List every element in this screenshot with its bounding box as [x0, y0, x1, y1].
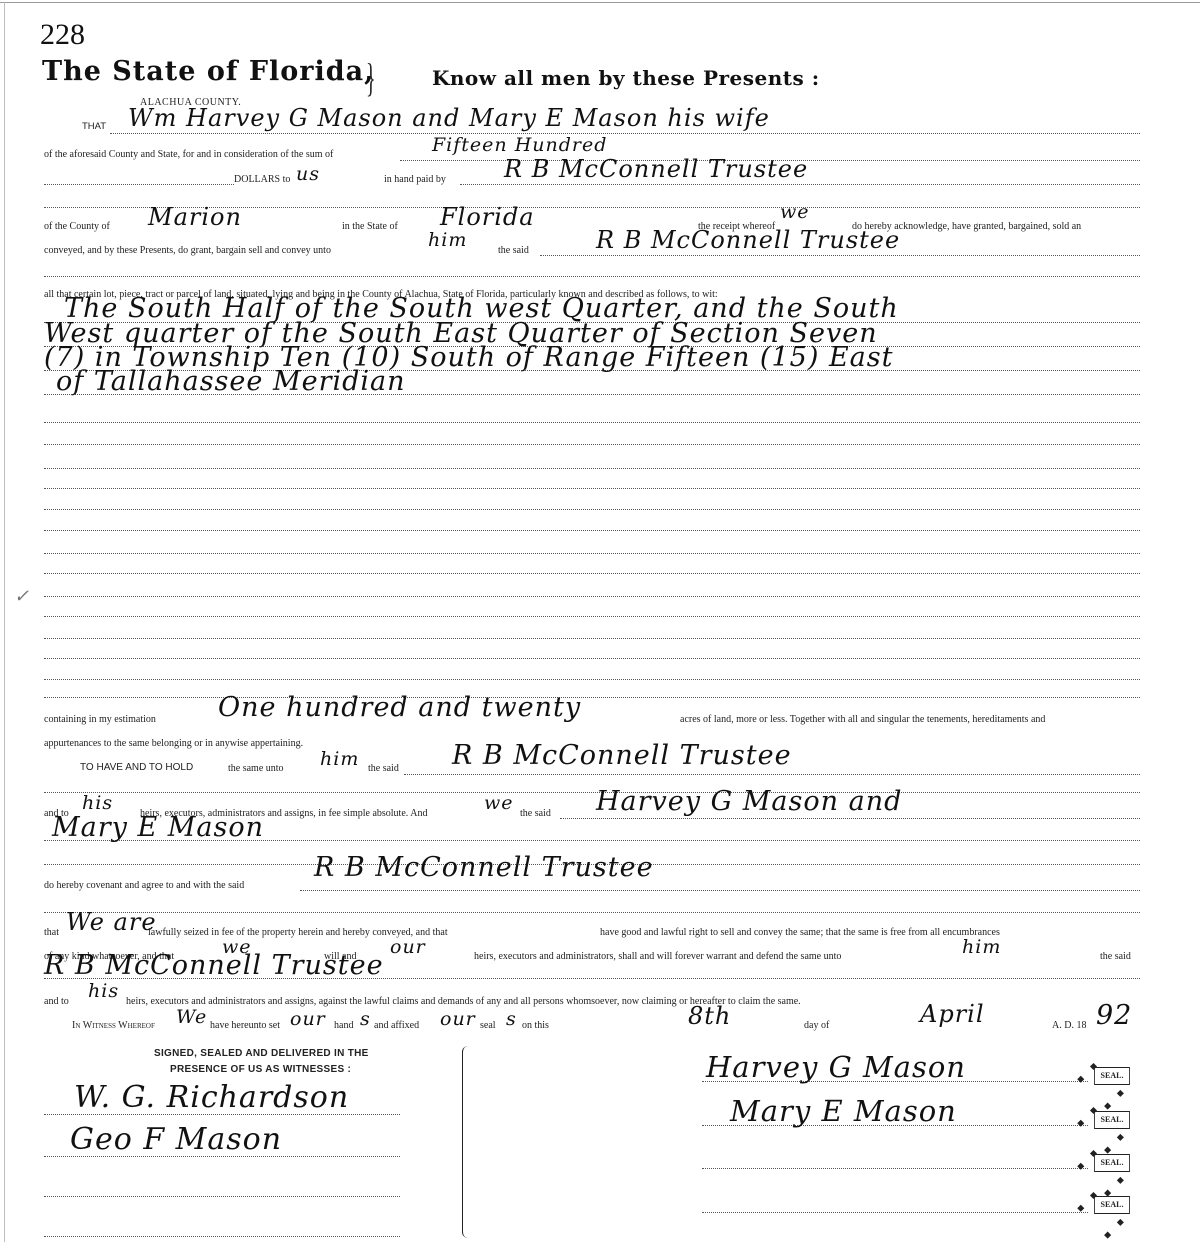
rule-line: [540, 255, 1140, 256]
handwritten-county: Marion: [148, 203, 242, 231]
rule-line: [44, 658, 1140, 659]
label-have-hereunto-set: have hereunto set: [210, 1020, 280, 1031]
label-appurtenances: appurtenances to the same belonging or i…: [44, 738, 303, 749]
handwritten-day: 8th: [688, 1002, 731, 1030]
label-covenant: do hereby covenant and agree to and with…: [44, 880, 244, 891]
handwritten-state: Florida: [440, 203, 535, 231]
rule-line: [44, 553, 1140, 554]
rule-line: [44, 276, 1140, 277]
handwritten-we-the-said-1: Harvey G Mason and: [596, 786, 902, 817]
handwritten-sum: Fifteen Hundred: [432, 134, 607, 156]
label-conveyed: conveyed, and by these Presents, do gran…: [44, 245, 331, 256]
witness-brace: [462, 1046, 473, 1238]
label-good-and-lawful: have good and lawful right to sell and c…: [600, 927, 1000, 938]
label-in-witness-whereof: In Witness Whereof: [72, 1020, 155, 1031]
rule-line: [110, 133, 1140, 134]
title-brace: }: [366, 54, 376, 101]
handwritten-paid-by: R B McConnell Trustee: [504, 155, 808, 183]
handwritten-the-said-final: R B McConnell Trustee: [44, 950, 384, 981]
grantor-signature-2: Mary E Mason: [730, 1094, 957, 1128]
witness-signature-2: Geo F Mason: [70, 1122, 282, 1157]
handwritten-hold-unto: him: [320, 748, 359, 770]
label-acres: acres of land, more or less. Together wi…: [680, 714, 1045, 725]
rule-line: [44, 573, 1140, 574]
rule-line: [44, 596, 1140, 597]
label-the-said-2: the said: [368, 763, 399, 774]
handwritten-receipt-we: we: [780, 201, 810, 223]
label-the-said-3: the said: [520, 808, 551, 819]
label-and-to-2: and to: [44, 996, 69, 1007]
title-state-of-florida: The State of Florida,: [42, 56, 375, 87]
rule-line: [44, 422, 1140, 423]
handwritten-dollars-to: us: [296, 163, 320, 185]
handwritten-grantors: Wm Harvey G Mason and Mary E Mason his w…: [128, 104, 770, 132]
label-on-this: on this: [522, 1020, 549, 1031]
rule-line: [404, 774, 1140, 775]
label-hand: hand: [334, 1020, 353, 1031]
rule-line: [44, 792, 1140, 793]
rule-line: [44, 468, 1140, 469]
rule-line: [44, 184, 234, 185]
seal-box-4: SEAL.: [1094, 1196, 1130, 1214]
rule-line: [44, 616, 1140, 617]
handwritten-month: April: [920, 1000, 985, 1028]
witness-heading-1: SIGNED, SEALED AND DELIVERED IN THE: [154, 1048, 369, 1059]
witness-heading-2: PRESENCE OF US AS WITNESSES :: [170, 1064, 351, 1075]
rule-line: [44, 912, 1140, 913]
rule-line: [560, 818, 1140, 819]
rule-line: [44, 697, 1140, 698]
handwritten-acres: One hundred and twenty: [218, 692, 581, 723]
rule-line: [44, 679, 1140, 680]
handwritten-that-we-are: We are: [66, 908, 157, 936]
grantor-signature-1: Harvey G Mason: [706, 1050, 966, 1084]
seal-box-3: SEAL.: [1094, 1154, 1130, 1172]
label-that: THAT: [82, 121, 106, 132]
label-in-hand-paid-by: in hand paid by: [384, 174, 446, 185]
label-county-of: of the County of: [44, 221, 110, 232]
handwritten-set-our: our: [290, 1008, 326, 1030]
label-that-2: that: [44, 927, 59, 938]
seal-box-2: SEAL.: [1094, 1111, 1130, 1129]
label-and-affixed: and affixed: [374, 1020, 419, 1031]
handwritten-affixed-our: our: [440, 1008, 476, 1030]
handwritten-seal-s: s: [506, 1008, 517, 1030]
label-seal: seal: [480, 1020, 496, 1031]
margin-check-mark: ✓: [14, 586, 29, 607]
witness-signature-1: W. G. Richardson: [74, 1080, 349, 1115]
handwritten-grantee: R B McConnell Trustee: [596, 226, 900, 254]
page-edge-left: [4, 2, 5, 1242]
rule-line: [44, 488, 1140, 489]
rule-line: [44, 509, 1140, 510]
handwritten-year: 92: [1096, 1000, 1132, 1031]
handwritten-witness-we: We: [176, 1006, 207, 1028]
label-the-said: the said: [498, 245, 529, 256]
rule-line: [300, 890, 1140, 891]
handwritten-and-we: we: [484, 792, 514, 814]
rule-line: [44, 638, 1140, 639]
witness-line: [44, 1196, 400, 1197]
handwritten-defend-unto: him: [962, 936, 1001, 958]
page-edge-top: [0, 2, 1200, 3]
witness-line: [44, 1236, 400, 1237]
seal-box-1: SEAL.: [1094, 1067, 1130, 1085]
handwritten-we-the-said-2: Mary E Mason: [52, 812, 264, 843]
handwritten-and-to-his: his: [82, 792, 113, 814]
handwritten-covenant-with: R B McConnell Trustee: [314, 852, 654, 883]
signature-line: [702, 1168, 1088, 1169]
rule-line: [44, 444, 1140, 445]
label-consideration: of the aforesaid County and State, for a…: [44, 149, 333, 160]
label-dollars-to: DOLLARS to: [234, 174, 290, 185]
label-containing: containing in my estimation: [44, 714, 156, 725]
label-to-have-and-to-hold: TO HAVE AND TO HOLD: [80, 762, 193, 773]
handwritten-and-to-his-2: his: [88, 980, 119, 1002]
handwritten-convey-unto: him: [428, 229, 467, 251]
handwritten-hand-s: s: [360, 1008, 371, 1030]
label-state-of: in the State of: [342, 221, 398, 232]
title-know-all-men: Know all men by these Presents :: [432, 66, 820, 90]
handwritten-will-and-our: our: [390, 936, 426, 958]
label-the-same-unto: the same unto: [228, 763, 284, 774]
rule-line: [460, 184, 1140, 185]
label-the-said-4: the said: [1100, 951, 1131, 962]
label-heirs-warrant: heirs, executors and administrators, sha…: [474, 951, 841, 962]
label-day-of: day of: [804, 1020, 829, 1031]
page-number: 228: [40, 18, 85, 52]
rule-line: [44, 530, 1140, 531]
handwritten-description-line-4: of Tallahassee Meridian: [56, 366, 406, 397]
signature-line: [702, 1212, 1088, 1213]
handwritten-hold-the-said: R B McConnell Trustee: [452, 740, 792, 771]
label-ad: A. D. 18: [1052, 1020, 1086, 1031]
